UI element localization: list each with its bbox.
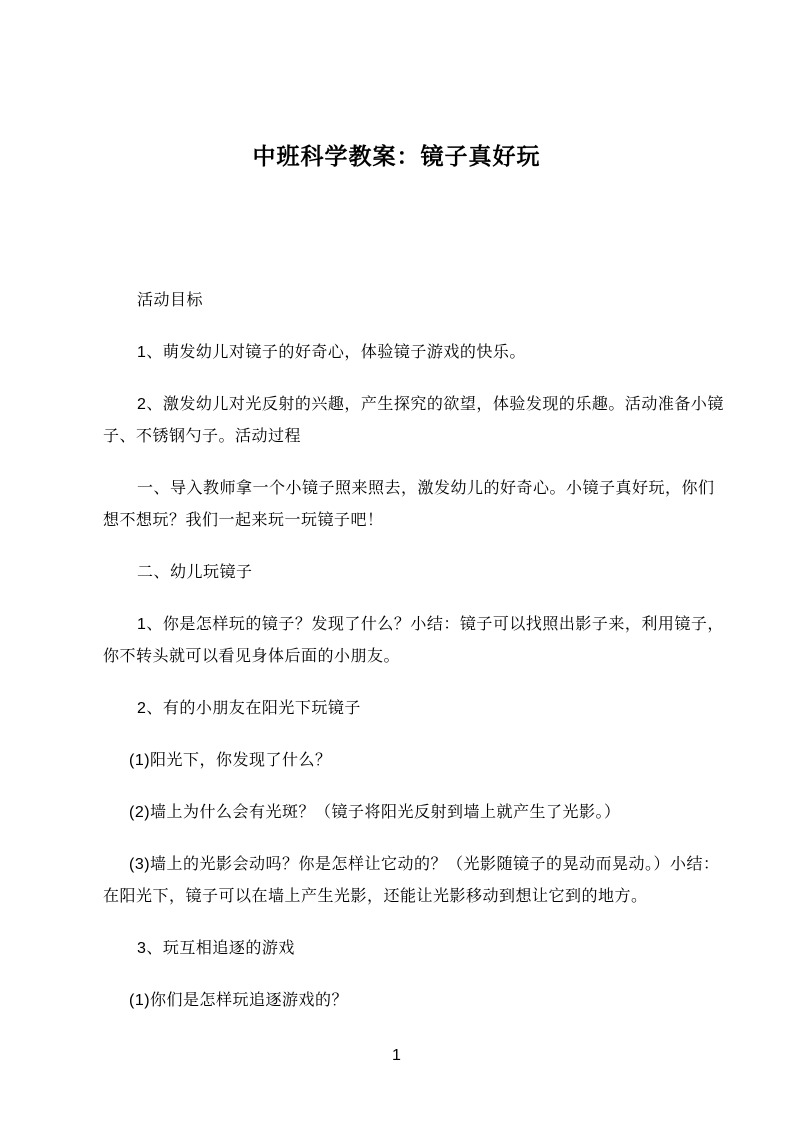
paragraph: (3)墙上的光影会动吗？你是怎样让它动的？（光影随镜子的晃动而晃动。）小结：在阳…	[103, 849, 711, 913]
text-line: 活动目标	[103, 285, 711, 317]
page-number: 1	[0, 1044, 793, 1068]
paragraph: 二、幼儿玩镜子	[103, 557, 711, 589]
paragraph: 一、导入教师拿一个小镜子照来照去，激发幼儿的好奇心。小镜子真好玩，你们想不想玩？…	[103, 473, 711, 537]
text-line: (1)阳光下，你发现了什么？	[103, 745, 711, 777]
text-line: 3、玩互相追逐的游戏	[103, 933, 711, 965]
text-line: 2、激发幼儿对光反射的兴趣，产生探究的欲望，体验发现的乐趣。活动准备小镜	[103, 389, 711, 421]
paragraph: 活动目标	[103, 285, 711, 317]
document-page: 中班科学教案：镜子真好玩 活动目标1、萌发幼儿对镜子的好奇心，体验镜子游戏的快乐…	[0, 0, 793, 1122]
paragraph: (1)你们是怎样玩追逐游戏的？	[103, 985, 711, 1017]
text-line: 2、有的小朋友在阳光下玩镜子	[103, 693, 711, 725]
paragraph: (1)阳光下，你发现了什么？	[103, 745, 711, 777]
paragraph: 1、你是怎样玩的镜子？发现了什么？小结：镜子可以找照出影子来，利用镜子，你不转头…	[103, 609, 711, 673]
text-line: 子、不锈钢勺子。活动过程	[103, 421, 711, 453]
text-line: 1、萌发幼儿对镜子的好奇心，体验镜子游戏的快乐。	[103, 337, 711, 369]
text-line: 一、导入教师拿一个小镜子照来照去，激发幼儿的好奇心。小镜子真好玩，你们	[103, 473, 711, 505]
document-body: 活动目标1、萌发幼儿对镜子的好奇心，体验镜子游戏的快乐。2、激发幼儿对光反射的兴…	[103, 285, 711, 1017]
paragraph: (2)墙上为什么会有光斑？（镜子将阳光反射到墙上就产生了光影。）	[103, 797, 711, 829]
text-line: 你不转头就可以看见身体后面的小朋友。	[103, 641, 711, 673]
paragraph: 2、激发幼儿对光反射的兴趣，产生探究的欲望，体验发现的乐趣。活动准备小镜子、不锈…	[103, 389, 711, 453]
text-line: 二、幼儿玩镜子	[103, 557, 711, 589]
text-line: 在阳光下，镜子可以在墙上产生光影，还能让光影移动到想让它到的地方。	[103, 881, 711, 913]
paragraph: 3、玩互相追逐的游戏	[103, 933, 711, 965]
text-line: 1、你是怎样玩的镜子？发现了什么？小结：镜子可以找照出影子来，利用镜子，	[103, 609, 711, 641]
text-line: (3)墙上的光影会动吗？你是怎样让它动的？（光影随镜子的晃动而晃动。）小结：	[103, 849, 711, 881]
paragraph: 2、有的小朋友在阳光下玩镜子	[103, 693, 711, 725]
text-line: (1)你们是怎样玩追逐游戏的？	[103, 985, 711, 1017]
text-line: (2)墙上为什么会有光斑？（镜子将阳光反射到墙上就产生了光影。）	[103, 797, 711, 829]
text-line: 想不想玩？我们一起来玩一玩镜子吧！	[103, 505, 711, 537]
document-title: 中班科学教案：镜子真好玩	[0, 0, 793, 171]
paragraph: 1、萌发幼儿对镜子的好奇心，体验镜子游戏的快乐。	[103, 337, 711, 369]
